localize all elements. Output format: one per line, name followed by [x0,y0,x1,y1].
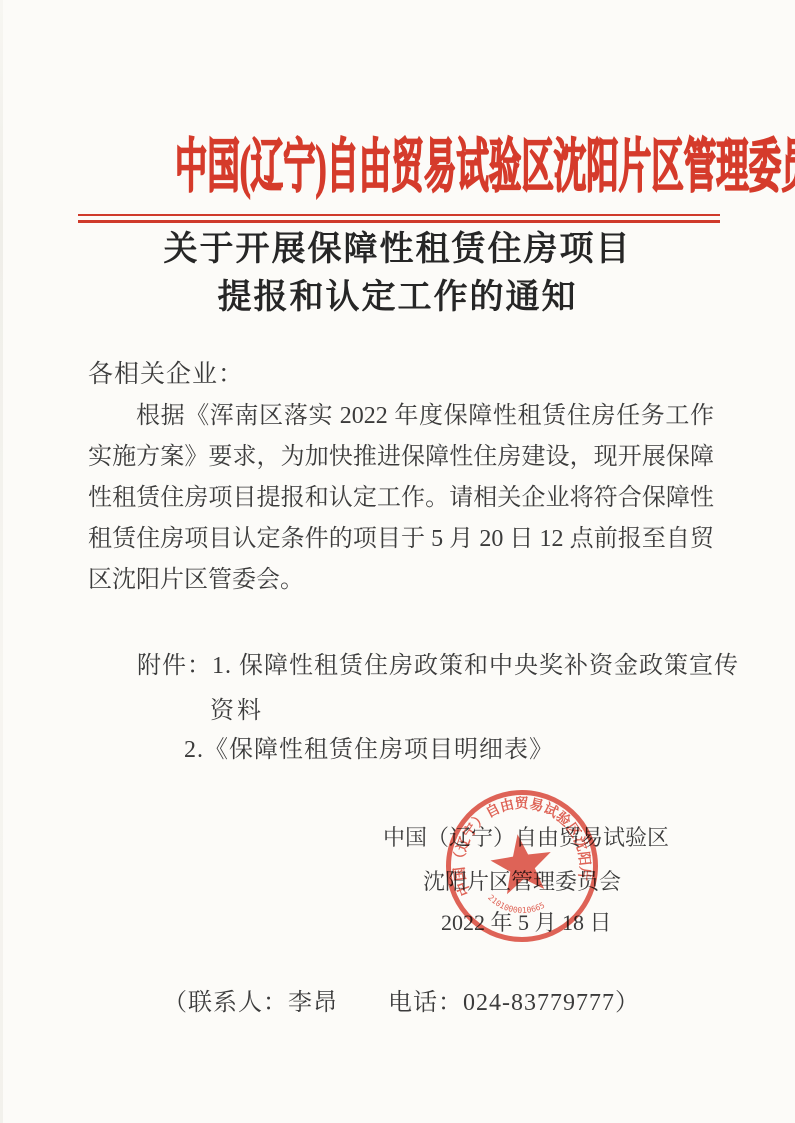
body-line: 根据《浑南区落实 2022 年度保障性租赁住房任务工作 [88,396,714,437]
seal-serial-number: 2101000010665 [485,886,547,920]
body-line: 租赁住房项目认定条件的项目于 5 月 20 日 12 点前报至自贸 [88,519,714,560]
body-line: 性租赁住房项目提报和认定工作。请相关企业将符合保障性 [88,478,714,519]
contact-line: （联系人：李昂 电话：024-83779777） [163,982,640,1017]
official-seal: 中国（辽宁）自由贸易试验区沈阳片区管理委员会 2101000010665 [429,773,614,958]
scan-line-artifact [0,18,545,20]
scan-edge-artifact [0,0,3,1123]
letterhead-rule-bottom [78,220,720,223]
document-title: 关于开展保障性租赁住房项目 提报和认定工作的通知 [0,226,795,322]
body-line: 区沈阳片区管委会。 [88,560,714,601]
document-page: 中国(辽宁)自由贸易试验区沈阳片区管理委员会 关于开展保障性租赁住房项目 提报和… [0,0,795,1123]
document-title-line1: 关于开展保障性租赁住房项目 [0,226,795,274]
seal-star-icon [487,830,555,896]
letterhead-title: 中国(辽宁)自由贸易试验区沈阳片区管理委员会 [175,128,620,206]
body-line: 实施方案》要求，为加快推进保障性住房建设，现开展保障 [88,437,714,478]
attachment-item-1: 附件：1. 保障性租赁住房政策和中央奖补资金政策宣传 [137,645,739,680]
attachment-item-1-continued: 资料 [210,690,264,725]
salutation: 各相关企业： [88,354,244,390]
document-title-line2: 提报和认定工作的通知 [0,274,795,322]
letterhead-rule-top [78,214,720,216]
body-paragraph: 根据《浑南区落实 2022 年度保障性租赁住房任务工作 实施方案》要求，为加快推… [88,396,714,601]
attachment-item-2: 2.《保障性租赁住房项目明细表》 [184,729,554,764]
